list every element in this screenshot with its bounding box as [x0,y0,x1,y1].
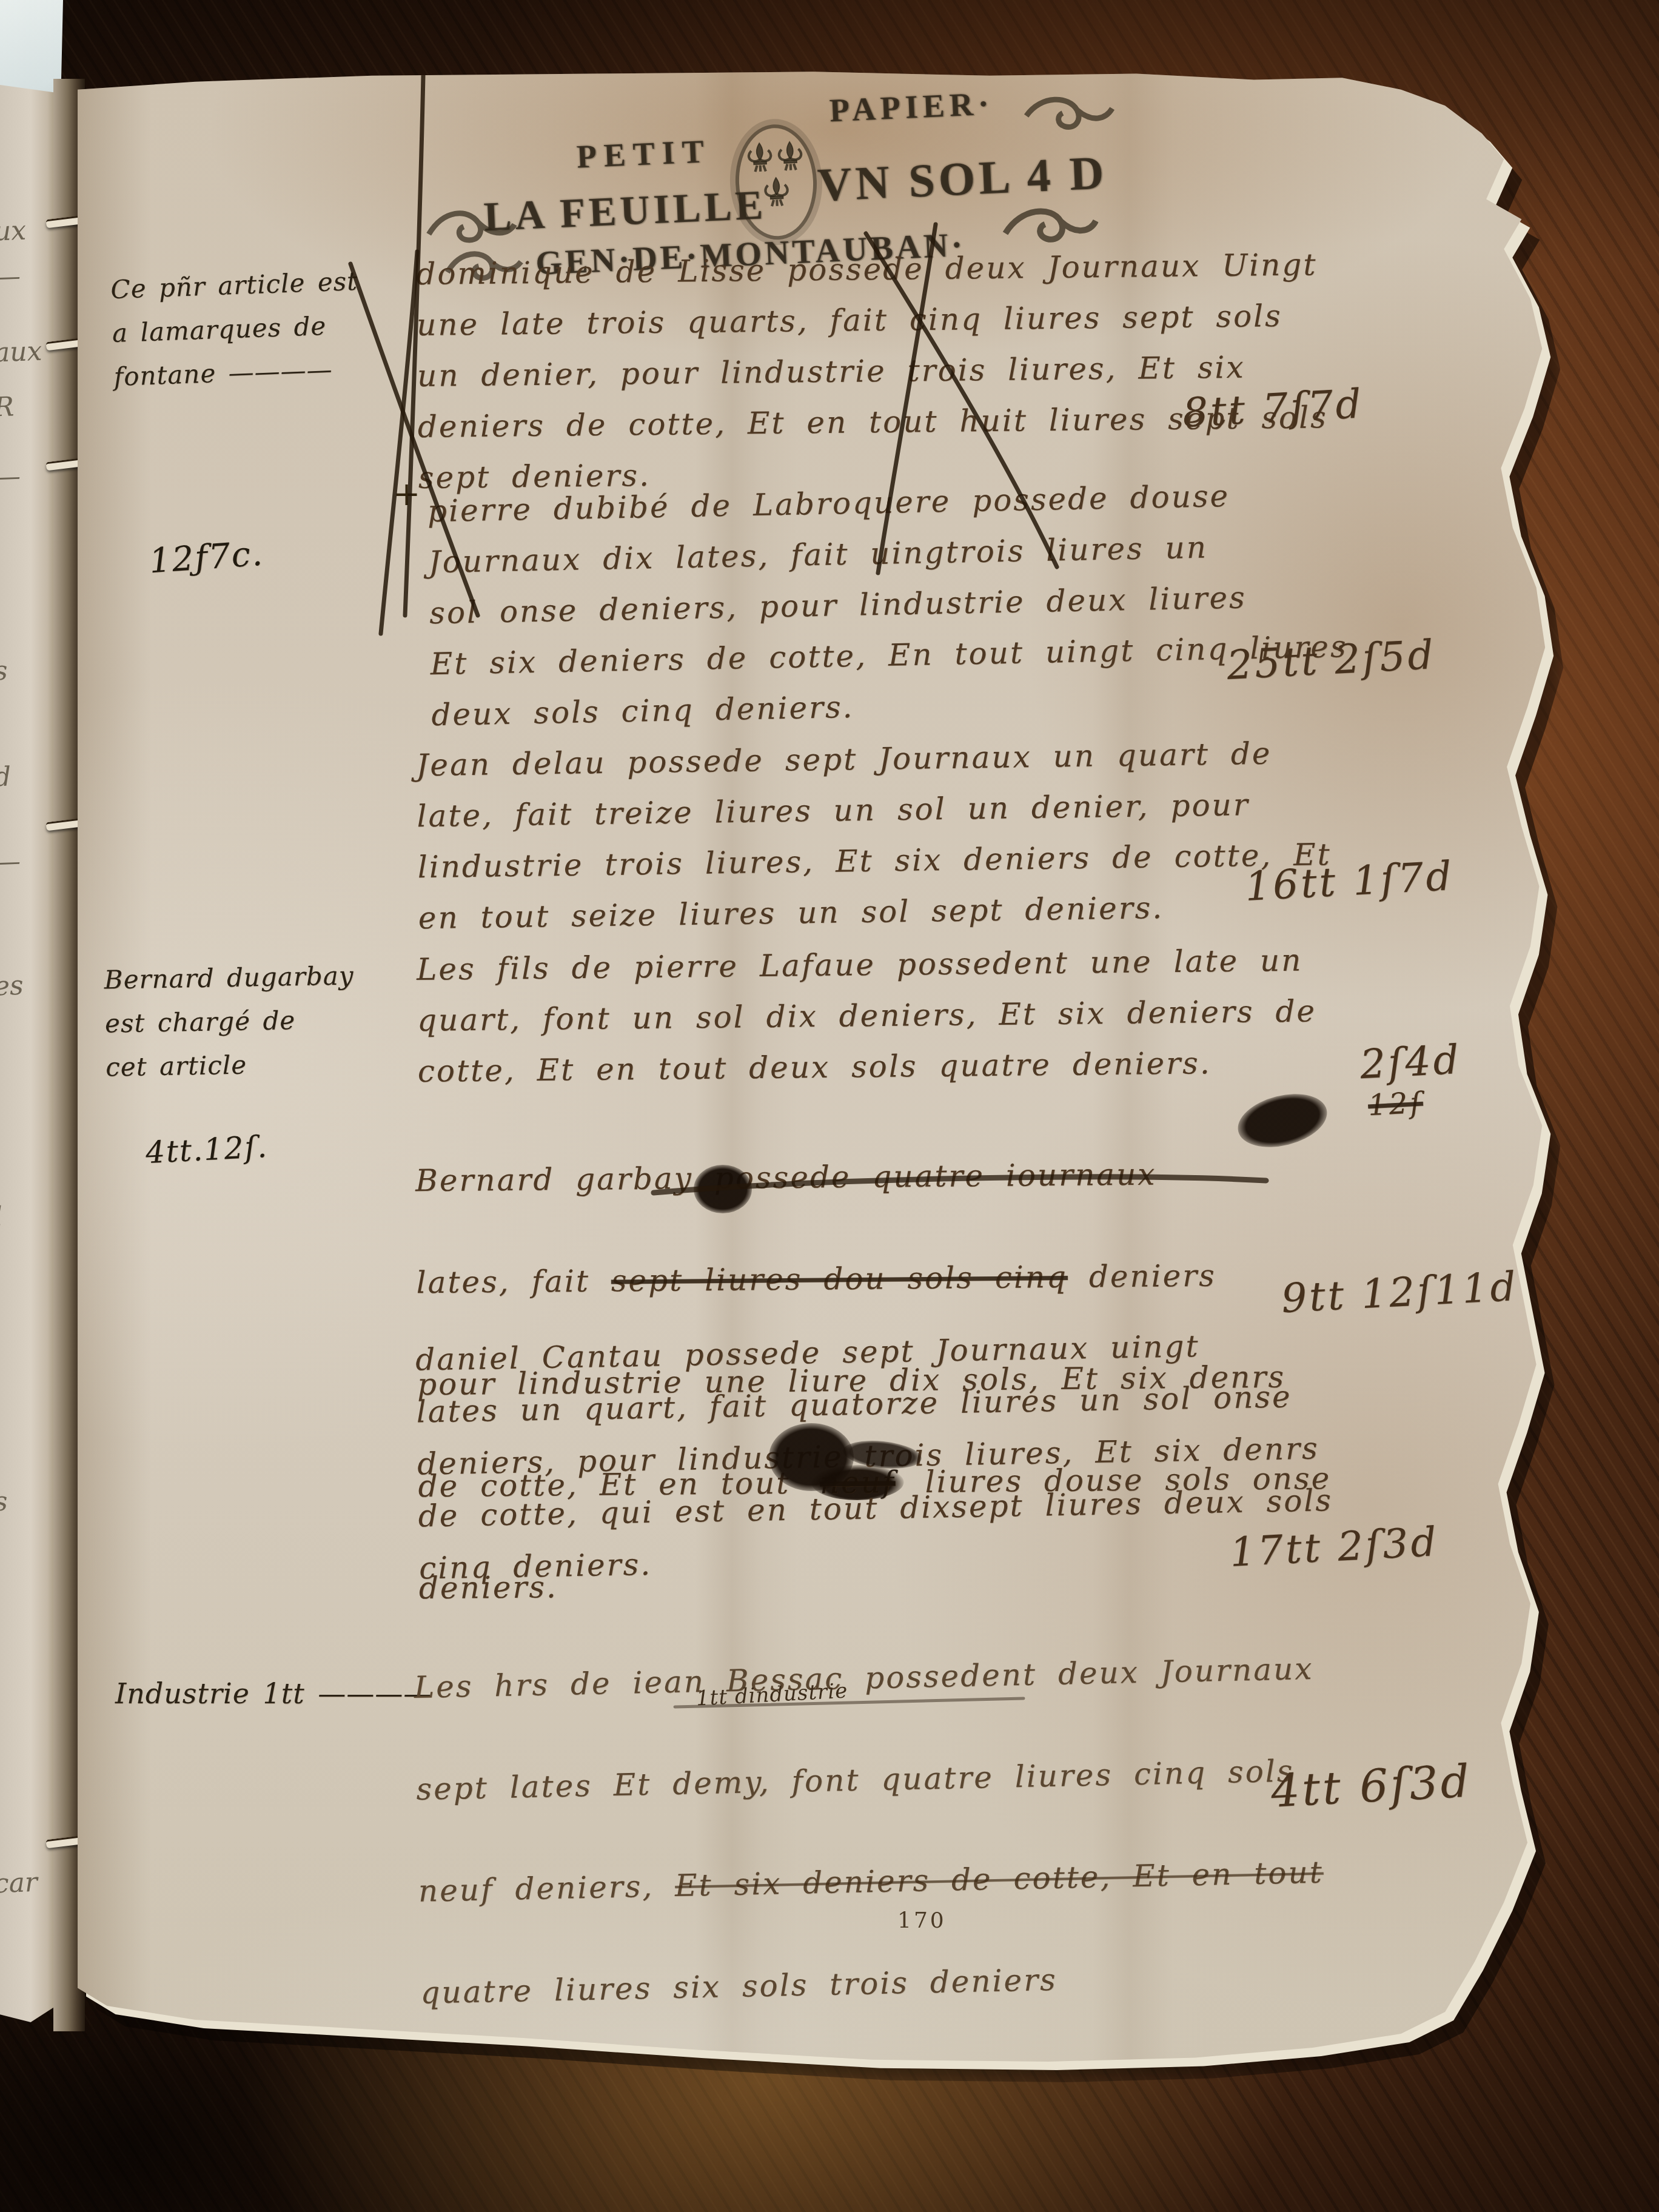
manuscript-photo: ux — aux R — s d — es l s car PETIT PAPI… [0,0,1659,2212]
text-fragment: d [0,760,43,793]
margin-figure-4tt12s: 4tt.12ſ. [145,1129,269,1170]
text-fragment: R [0,390,43,423]
text-fragment: l [0,1200,43,1233]
fleur-de-lis-icon [746,141,773,174]
entry-7-line-3: neuf deniers, Et six deniers de cotte, E… [418,1842,1570,1917]
fleur-de-lis-icon [763,176,790,209]
text-fragment: es [0,970,43,1002]
entry-7-line-3-pre: neuf deniers, [418,1868,675,1909]
page-number: 170 [897,1908,947,1933]
entry-3-jean-delau: Jean delau possede sept Journaux un quar… [416,724,1571,943]
text-fragment: aux [0,336,43,369]
entry-1-dominique-delisse: dominique de Lisse possede deux Journaux… [416,236,1570,503]
text-fragment: s [0,654,43,687]
margin-note-industrie: Industrie 1tt ———— [115,1672,432,1715]
entry-7-hoirs-bessac: Les hrs de iean Bessac possedent deux Jo… [412,1587,1574,2070]
ink-blot [769,1423,854,1491]
entry-2-pierre-dubibe: pierre dubibé de Labroquere possede dous… [427,464,1584,740]
margin-note-fontane: Ce pñr article est a lamarques de fontan… [110,260,361,399]
stamp-flourish-icon [1023,88,1116,140]
ink-blot [694,1165,752,1213]
stamp-line-petit: PETIT [575,132,712,176]
amount-entry-7: 4tt 6ſ3d [1270,1755,1473,1817]
text-fragment: — [0,260,43,293]
fleur-de-lis-icon [777,140,803,173]
struck-figure-12s: 12ſ [1367,1086,1424,1123]
entry-7-line-1: Les hrs de iean Bessac possedent deux Jo… [414,1638,1566,1713]
amount-entry-4: 2ſ4d [1359,1036,1462,1088]
entry-2-cross-mark: + [393,475,420,513]
text-fragment: car [0,1867,43,1900]
tax-register-page: PETIT PAPIER· LA FEUILLE VN SOL 4 D GEN·… [78,70,1548,2062]
entry-5-line-2-pre: lates, fait [416,1263,611,1300]
stamp-line-papier: PAPIER· [829,84,994,129]
stamp-line-lafeuille: LA FEUILLE [483,181,767,241]
entry-7-line-4: quatre liures six sols trois deniers [420,1943,1573,2019]
margin-note-dugarbay: Bernard dugarbay est chargé de cet artic… [104,954,356,1089]
entry-7-faded-text: Et six deniers de cotte, Et en tout [674,1855,1324,1903]
text-fragment: ux [0,215,43,247]
entry-5-line-1: Bernard garbay possede quatre iournaux [415,1145,1568,1207]
previous-page-edge: ux — aux R — s d — es l s car [0,85,56,2022]
margin-figure-12: 12ƒ7c. [148,534,265,581]
text-fragment: s [0,1485,43,1518]
entry-5-struck-text: sept liures dou sols cinq [611,1259,1068,1299]
amount-entry-1: 8tt 7ſ7d [1181,380,1364,437]
text-fragment: — [0,845,43,878]
text-fragment: — [0,460,43,493]
entry-5-line-2-post: deniers [1068,1258,1216,1295]
